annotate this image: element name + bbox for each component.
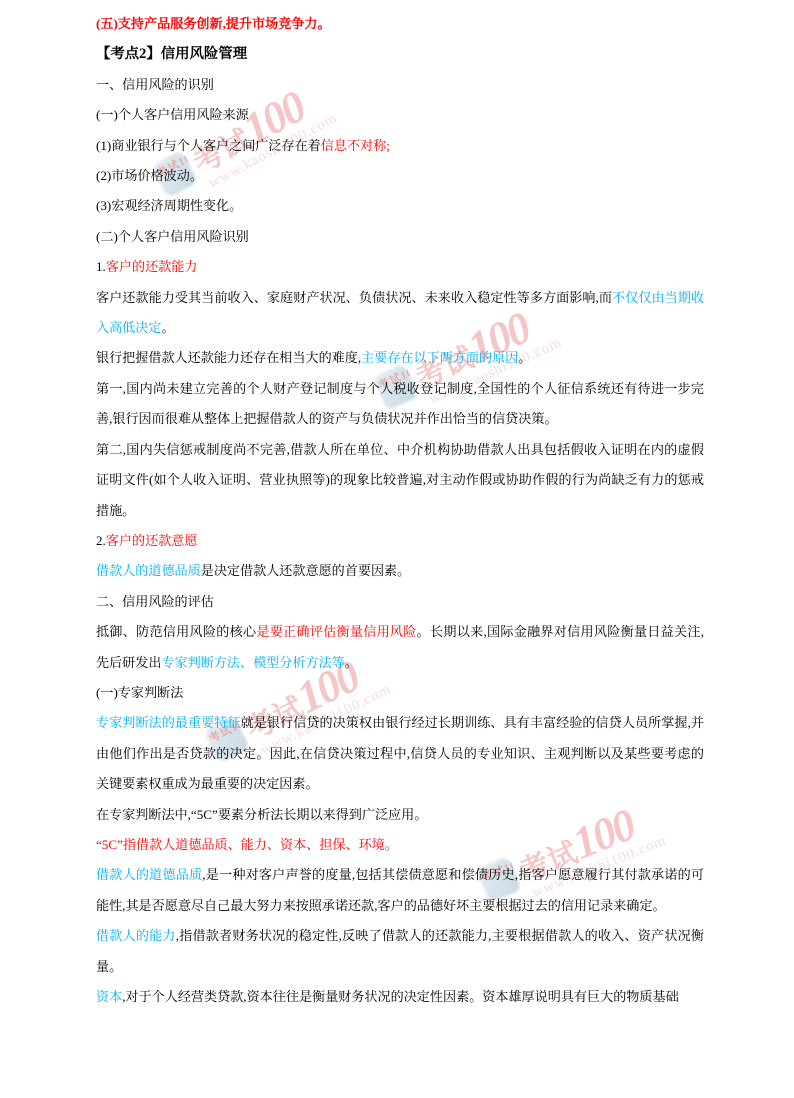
paragraph-8: (二)个人客户信用风险识别 [96, 222, 704, 252]
paragraph-14: 2.客户的还款意愿 [96, 526, 704, 556]
text-segment: 是决定借款人还款意愿的首要因素。 [201, 563, 411, 578]
text-segment: 二、信用风险的评估 [96, 594, 214, 609]
paragraph-16: 二、信用风险的评估 [96, 587, 704, 617]
text-segment: 第一,国内尚未建立完善的个人财产登记制度与个人税收登记制度,全国性的个人征信系统… [96, 381, 704, 426]
document-content: (五)支持产品服务创新,提升市场竞争力。【考点2】信用风险管理一、信用风险的识别… [96, 9, 704, 1012]
paragraph-22: 借款人的道德品质,是一种对客户声誉的度量,包括其偿债意愿和偿债历史,指客户愿意履… [96, 860, 704, 921]
text-segment: 抵御、防范信用风险的核心 [96, 624, 256, 639]
text-segment: 主要存在以下两方面的原因 [361, 350, 518, 365]
text-segment: 。 [345, 655, 358, 670]
text-segment: (3)宏观经济周期性变化。 [96, 198, 242, 213]
text-segment: 资本 [96, 989, 122, 1004]
paragraph-23: 借款人的能力,指借款者财务状况的稳定性,反映了借款人的还款能力,主要根据借款人的… [96, 921, 704, 982]
paragraph-18: (一)专家判断法 [96, 678, 704, 708]
text-segment: 专家判断法的最重要特征 [96, 715, 241, 730]
text-segment: 【考点2】信用风险管理 [96, 46, 247, 62]
paragraph-20: 在专家判断法中,“5C”要素分析法长期以来得到广泛应用。 [96, 800, 704, 830]
paragraph-21: “5C”指借款人道德品质、能力、资本、担保、环境。 [96, 830, 704, 860]
paragraph-1: (五)支持产品服务创新,提升市场竞争力。 [96, 9, 704, 39]
paragraph-17: 抵御、防范信用风险的核心是要正确评估衡量信用风险。长期以来,国际金融界对信用风险… [96, 617, 704, 678]
text-segment: (二)个人客户信用风险识别 [96, 229, 249, 244]
text-segment: 第二,国内失信惩戒制度尚不完善,借款人所在单位、中介机构协助借款人出具包括假收入… [96, 442, 704, 518]
text-segment: (一)个人客户信用风险来源 [96, 107, 249, 122]
paragraph-9: 1.客户的还款能力 [96, 252, 704, 282]
text-segment: 借款人的能力 [96, 928, 176, 943]
text-segment: 在专家判断法中,“5C”要素分析法长期以来得到广泛应用。 [96, 807, 427, 822]
paragraph-11: 银行把握借款人还款能力还存在相当大的难度,主要存在以下两方面的原因。 [96, 343, 704, 373]
paragraph-7: (3)宏观经济周期性变化。 [96, 191, 704, 221]
document-page: 考试100考试100www.kaoshi100.com考试100考试100www… [0, 0, 794, 1098]
paragraph-24: 资本,对于个人经营类贷款,资本往往是衡量财务状况的决定性因素。资本雄厚说明具有巨… [96, 982, 704, 1012]
text-segment: 客户的还款能力 [106, 259, 198, 274]
text-segment: (一)专家判断法 [96, 685, 183, 700]
text-segment: 借款人的道德品质 [96, 563, 201, 578]
text-segment: 客户的还款意愿 [106, 533, 198, 548]
text-segment: (1)商业银行与个人客户之间广泛存在着 [96, 138, 321, 153]
text-segment: (五)支持产品服务创新,提升市场竞争力。 [96, 16, 331, 31]
text-segment: 是要正确评估衡量信用风险 [256, 624, 416, 639]
paragraph-6: (2)市场价格波动。 [96, 161, 704, 191]
text-segment: 2. [96, 533, 106, 548]
text-segment: (2)市场价格波动。 [96, 168, 203, 183]
paragraph-4: (一)个人客户信用风险来源 [96, 100, 704, 130]
text-segment: 一、信用风险的识别 [96, 77, 214, 92]
text-segment: ,对于个人经营类贷款,资本往往是衡量财务状况的决定性因素。资本雄厚说明具有巨大的… [122, 989, 678, 1004]
text-segment: 。 [518, 350, 531, 365]
paragraph-5: (1)商业银行与个人客户之间广泛存在着信息不对称; [96, 131, 704, 161]
text-segment: 信息不对称; [321, 138, 390, 153]
paragraph-12: 第一,国内尚未建立完善的个人财产登记制度与个人税收登记制度,全国性的个人征信系统… [96, 374, 704, 435]
paragraph-19: 专家判断法的最重要特征就是银行信贷的决策权由银行经过长期训练、具有丰富经验的信贷… [96, 708, 704, 799]
text-segment: 1. [96, 259, 106, 274]
text-segment: 客户还款能力受其当前收入、家庭财产状况、负债状况、未来收入稳定性等多方面影响,而 [96, 290, 612, 305]
text-segment: “5C”指借款人道德品质、能力、资本、担保、环境。 [96, 837, 398, 852]
paragraph-2: 【考点2】信用风险管理 [96, 39, 704, 69]
paragraph-10: 客户还款能力受其当前收入、家庭财产状况、负债状况、未来收入稳定性等多方面影响,而… [96, 283, 704, 344]
text-segment: 。 [161, 320, 174, 335]
text-segment: 借款人的道德品质 [96, 867, 202, 882]
text-segment: 专家判断方法、模型分析方法等 [161, 655, 344, 670]
paragraph-3: 一、信用风险的识别 [96, 70, 704, 100]
text-segment: 银行把握借款人还款能力还存在相当大的难度, [96, 350, 361, 365]
paragraph-15: 借款人的道德品质是决定借款人还款意愿的首要因素。 [96, 556, 704, 586]
paragraph-13: 第二,国内失信惩戒制度尚不完善,借款人所在单位、中介机构协助借款人出具包括假收入… [96, 435, 704, 526]
text-segment: ,指借款者财务状况的稳定性,反映了借款人的还款能力,主要根据借款人的收入、资产状… [96, 928, 704, 973]
